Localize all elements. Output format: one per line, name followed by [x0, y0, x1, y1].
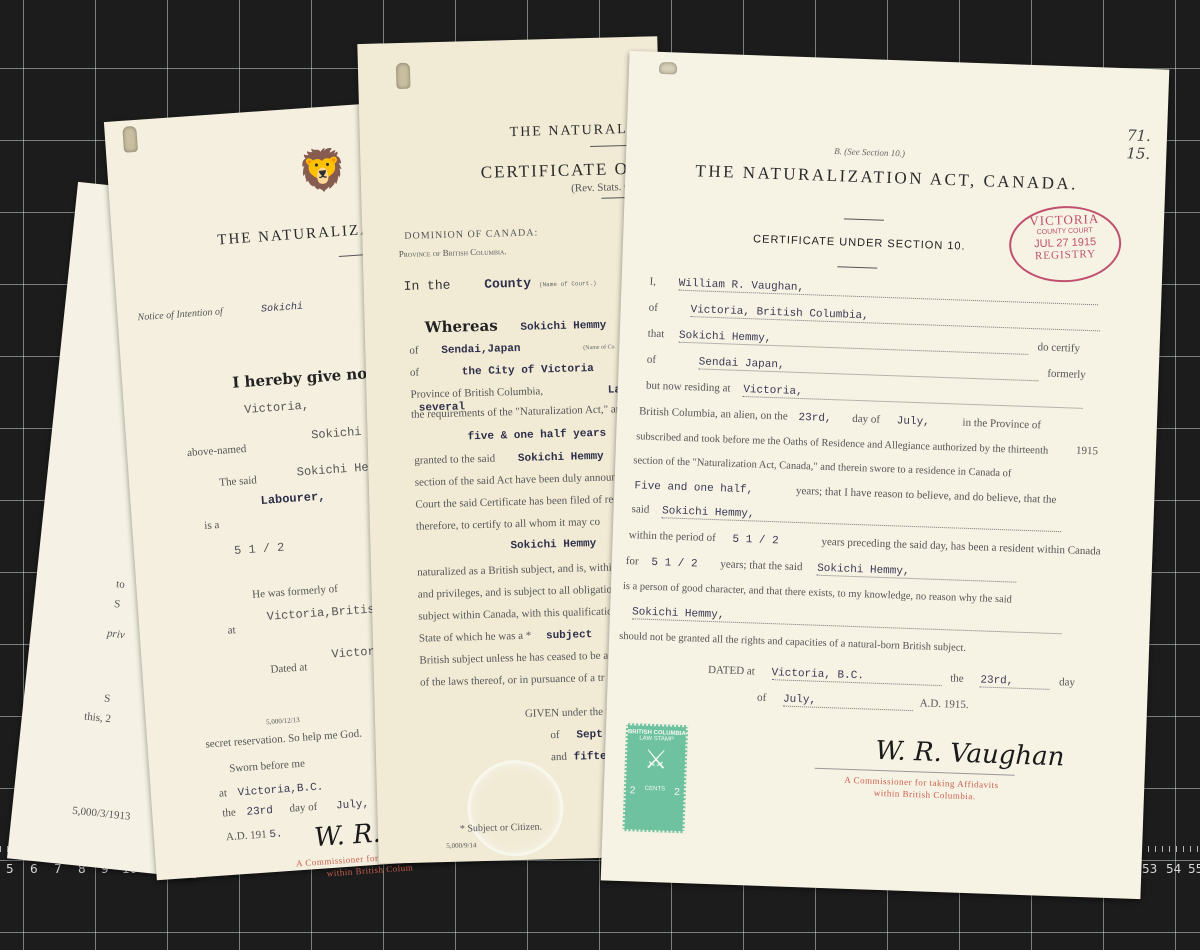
for-mid: years; that the said [720, 558, 803, 573]
sworn-month: July, [336, 798, 370, 812]
name-caption: (Name of Co [583, 344, 614, 351]
notice-label-text: Notice of Intention of [137, 306, 223, 323]
given-of-label: of [550, 729, 559, 741]
punch-hole [122, 126, 138, 153]
ruler-number: 53 [1142, 862, 1157, 876]
given-and-label: and [551, 751, 567, 763]
ruler-number: 6 [30, 862, 38, 876]
court-type: County [484, 276, 531, 292]
period-label: within the period of [629, 529, 716, 544]
residence-years: Five and one half, [634, 480, 753, 496]
section-line: section of the "Naturalization Act, Cana… [633, 455, 1011, 479]
alien-suffix: in the Province of [962, 417, 1041, 432]
notice-name: Sokichi [261, 302, 304, 316]
line-label: of [648, 302, 658, 314]
whereas-label: Whereas [425, 316, 498, 336]
oath-line: subscribed and took before me the Oaths … [636, 431, 1048, 456]
form-number: 5,000/9/14 [446, 841, 476, 850]
line-value: Sokichi Hemmy, [679, 330, 1029, 355]
law-stamp: BRITISH COLUMBIA LAW STAMP ⚔ 2 CENTS 2 [622, 723, 688, 833]
embossed-seal [466, 759, 564, 857]
dated-place: Victoria, B.C. [771, 667, 941, 686]
fragment-text: this, 2 [84, 711, 112, 726]
alien-day: 23rd, [798, 412, 831, 425]
subject-line: subject within Canada, with this qualifi… [418, 605, 618, 622]
dated-month: July, [783, 694, 913, 712]
line-label: that [648, 328, 665, 341]
punch-hole [396, 63, 411, 89]
form-number-top: 5,000/12/13 [266, 716, 300, 726]
alien-month: July, [897, 415, 930, 428]
court-line: Court the said Certificate has been file… [415, 493, 618, 510]
province-line: Province of British Columbia, [410, 385, 543, 400]
origin-value: Sendai,Japan [441, 343, 521, 357]
for-name: Sokichi Hemmy, [817, 563, 1017, 583]
for-label: for [626, 555, 639, 567]
ruler-number: 55 [1188, 862, 1200, 876]
document-subtitle: CERTIFICATE UNDER SECTION 10. [753, 233, 966, 252]
given-month: Sept [576, 729, 603, 742]
sworn-label: Sworn before me [229, 758, 305, 775]
certificate-line: but now residing at Victoria, [646, 380, 1084, 409]
punch-hole [659, 62, 677, 75]
line-suffix: do certify [1037, 341, 1080, 354]
dominion-label: DOMINION OF CANADA: [404, 227, 538, 242]
province-label: Province of British Columbia. [399, 246, 507, 259]
fragment-text: S [104, 693, 111, 706]
sworn-year-label: A.D. 191 [226, 828, 267, 843]
above-named-label: above-named [187, 443, 247, 459]
alien-year: 1915 [1076, 445, 1098, 458]
fragment-text: priv [106, 627, 125, 641]
fragment-text: to [116, 578, 126, 591]
alien-line: British Columbia, an alien, on the 23rd,… [639, 405, 1041, 432]
sworn-day-of: day of [289, 801, 318, 815]
state-value: subject [546, 629, 593, 642]
state-line: State of which he was a * [419, 630, 532, 645]
line-value: Victoria, British Columbia, [690, 304, 1100, 331]
dated-of: of [757, 692, 767, 704]
therefore-line: therefore, to certify to all whom it may… [416, 516, 600, 533]
line-value: William R. Vaughan, [678, 278, 1098, 306]
period-tail: years preceding the said day, has been a… [821, 536, 1101, 558]
section-line: section of the said Act have been duly a… [415, 471, 617, 488]
law-stamp-value: 2 [630, 785, 636, 796]
line-value: Victoria, [743, 384, 1083, 409]
fragment-text: S [114, 598, 121, 611]
duration-value: five & one half years [467, 428, 606, 444]
ruler-number: 54 [1166, 862, 1181, 876]
ruler-number: 5 [6, 862, 14, 876]
registry-date-stamp: VICTORIA COUNTY COURT JUL 27 1915 REGIST… [1008, 204, 1123, 284]
said-label: The said [219, 474, 257, 489]
form-number: 5,000/3/1913 [72, 805, 131, 823]
sworn-year-digit: 5. [269, 828, 283, 841]
stamp-line-3: REGISTRY [1011, 247, 1119, 263]
final-name: Sokichi Hemmy, [632, 606, 1062, 634]
commissioner-line-2: within British Columbia. [874, 788, 976, 802]
court-caption: (Name of Court.) [539, 280, 597, 289]
granted-name: Sokichi Hemmy [518, 451, 604, 465]
document-title: THE NATURALIZATION ACT, CANADA. [695, 161, 1078, 194]
duration-word: several [419, 401, 466, 414]
handwritten-note-line: 71. [1127, 126, 1151, 145]
laws-line: of the laws thereof, or in pursuance of … [420, 672, 605, 689]
sworn-day: 23rd [246, 805, 273, 819]
handwritten-note-line: 15. [1126, 144, 1150, 163]
years-value: 5 1 / 2 [234, 541, 285, 558]
is-a-label: is a [204, 519, 220, 532]
residence-tail: years; that I have reason to believe, an… [796, 485, 1057, 506]
granted-label: granted to the said [414, 453, 495, 467]
ruler-number: 7 [54, 862, 62, 876]
sworn-at-label: at [219, 787, 228, 800]
alien-day-of: day of [852, 413, 880, 426]
character-line: is a person of good character, and that … [623, 581, 1012, 606]
line-label: but now residing at [646, 380, 731, 395]
dated-label: DATED at [708, 664, 755, 678]
period-value: 5 1 / 2 [732, 534, 779, 548]
oath-end: secret reservation. So help me God. [205, 728, 362, 751]
law-stamp-figure-icon: ⚔ [626, 741, 685, 777]
certificate-line: of Sendai Japan, formerly [647, 354, 1086, 383]
dated-day: 23rd, [980, 674, 1050, 689]
dated-label: Dated at [270, 661, 308, 676]
law-stamp-value: 2 [674, 787, 680, 798]
divider [844, 218, 884, 220]
dated-day-label: day [1059, 676, 1075, 689]
dated-the: the [950, 672, 964, 684]
applicant-name: Sokichi Hemmy [520, 320, 606, 334]
commissioner-line-1: A Commissioner for taking Affidavits [844, 775, 999, 790]
line-label: of [647, 354, 657, 366]
in-the-label: In the [403, 278, 450, 294]
dated-year: A.D. 1915. [920, 697, 969, 711]
for-value: 5 1 / 2 [651, 557, 698, 571]
residence-value: the City of Victoria [462, 363, 594, 378]
privileges-line: and privileges, and is subject to all ob… [418, 584, 613, 601]
section-reference: B. (See Section 10.) [834, 146, 905, 158]
said-name: Sokichi Hemmy, [662, 505, 1062, 532]
lion-crest-icon: 🦁 [296, 145, 349, 195]
at-label: at [227, 624, 236, 637]
sworn-the-label: the [222, 807, 236, 820]
sworn-at-value: Victoria,B.C. [237, 781, 323, 799]
line-label: I, [649, 276, 656, 288]
handwritten-note: 71. 15. [1126, 126, 1151, 163]
certified-name: Sokichi Hemmy [510, 538, 596, 552]
document-title: THE NATURALIZA [217, 222, 374, 250]
signature: W. R. Vaughan [875, 736, 1065, 773]
of-label: of [410, 367, 419, 379]
divider [837, 266, 877, 268]
law-stamp-cents: CENTS [644, 786, 665, 798]
certificate-line: of Victoria, British Columbia, [648, 302, 1100, 332]
alien-line-prefix: British Columbia, an alien, on the [639, 405, 788, 422]
place-value: Victoria, [244, 398, 310, 416]
of-label: of [409, 345, 418, 357]
formerly-label: He was formerly of [252, 583, 338, 601]
naturalized-line: naturalized as a British subject, and is… [417, 561, 617, 578]
line-value: Sendai Japan, [698, 356, 1038, 381]
occupation-value: Labourer, [260, 490, 326, 508]
rights-line: should not be granted all the rights and… [619, 631, 966, 654]
certificate-line: that Sokichi Hemmy, do certify [648, 328, 1081, 357]
british-line: British subject unless he has ceased to … [419, 650, 615, 667]
line-suffix: formerly [1047, 368, 1086, 381]
document-certificate-section-10: 71. 15. B. (See Section 10.) THE NATURAL… [601, 51, 1170, 899]
said-label: said [631, 503, 649, 516]
notice-label: Notice of Intention of Sokichi [137, 301, 303, 325]
footnote: * Subject or Citizen. [460, 822, 542, 835]
